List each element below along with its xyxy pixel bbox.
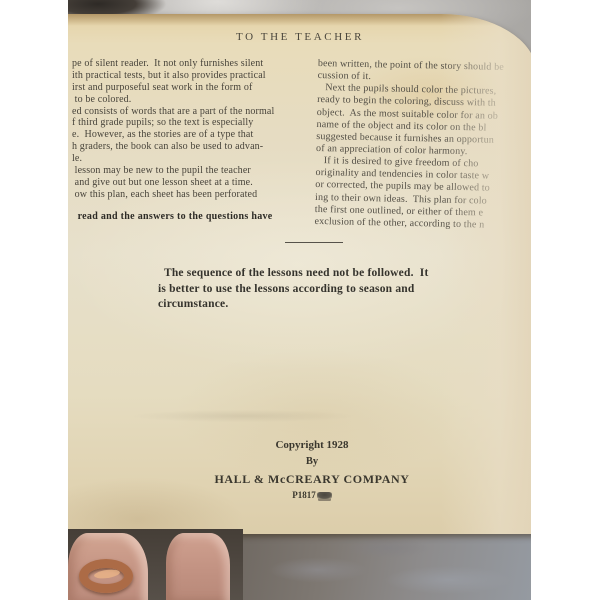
printers-union-mark-icon bbox=[317, 492, 332, 499]
text-line: pe of silent reader. It not only furnish… bbox=[72, 58, 312, 70]
copyright-by: By bbox=[162, 454, 462, 470]
text-line: ith practical tests, but it also provide… bbox=[72, 70, 312, 82]
text-line: is better to use the lessons according t… bbox=[158, 282, 460, 298]
hand-holding-page bbox=[68, 529, 243, 600]
text-line: f third grade pupils; so the text is esp… bbox=[72, 117, 312, 129]
book-page: To the Teacher pe of silent reader. It n… bbox=[68, 14, 531, 534]
left-text-column: pe of silent reader. It not only furnish… bbox=[72, 58, 312, 223]
photo-canvas: To the Teacher pe of silent reader. It n… bbox=[0, 0, 600, 600]
text-line: circumstance. bbox=[158, 297, 460, 313]
text-line: to be colored. bbox=[72, 94, 312, 106]
finger bbox=[68, 533, 148, 600]
teacher-notice-paragraph: The sequence of the lessons need not be … bbox=[158, 266, 460, 313]
ring-highlight bbox=[94, 568, 121, 580]
text-line: read and the answers to the questions ha… bbox=[72, 211, 312, 223]
text-line: and give out but one lesson sheet at a t… bbox=[72, 177, 312, 189]
text-line: h graders, the book can also be used to … bbox=[72, 141, 312, 153]
copyright-block: Copyright 1928 By HALL & McCREARY COMPAN… bbox=[162, 436, 462, 502]
text-line: ed consists of words that are a part of … bbox=[72, 106, 312, 118]
text-line: The sequence of the lessons need not be … bbox=[158, 266, 460, 282]
text-line: lesson may be new to the pupil the teach… bbox=[72, 165, 312, 177]
page-curl-fade bbox=[441, 14, 531, 534]
print-code-text: P1817 bbox=[292, 490, 316, 500]
section-divider-rule bbox=[285, 242, 343, 243]
print-code: P1817 bbox=[162, 489, 462, 502]
text-line: e. However, as the stories are of a type… bbox=[72, 129, 312, 141]
finger bbox=[166, 533, 230, 600]
publisher-name: HALL & McCREARY COMPANY bbox=[162, 470, 462, 489]
copper-ring bbox=[79, 559, 133, 593]
text-line: irst and purposeful seat work in the for… bbox=[72, 82, 312, 94]
text-line: le. bbox=[72, 153, 312, 165]
book-photo: To the Teacher pe of silent reader. It n… bbox=[68, 0, 531, 600]
text-line: ow this plan, each sheet has been perfor… bbox=[72, 189, 312, 201]
copyright-year: Copyright 1928 bbox=[162, 436, 462, 454]
